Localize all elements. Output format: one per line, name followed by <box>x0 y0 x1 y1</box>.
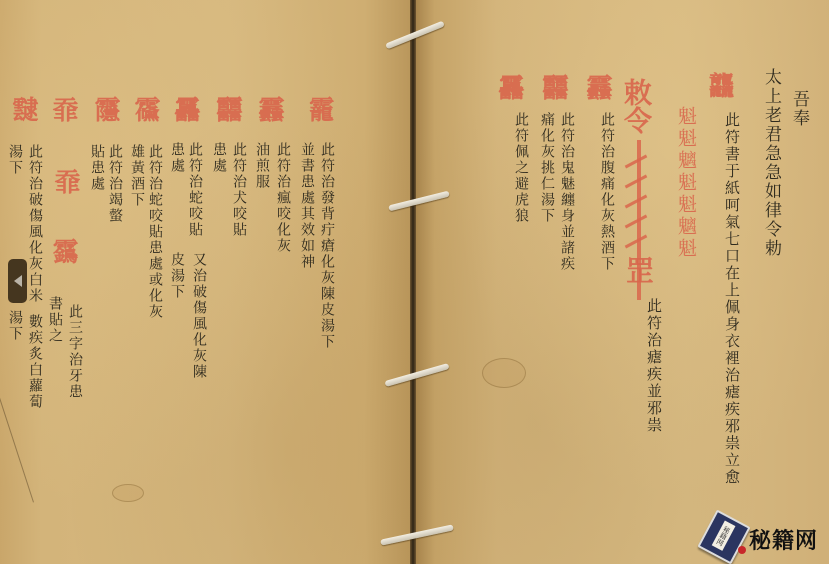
red-seal-icon <box>738 546 746 554</box>
manuscript-column: 此符治發背疔瘡化灰陳皮湯下 <box>320 142 334 350</box>
talisman-glyph: 罡 <box>624 256 652 284</box>
talisman-stroke <box>625 175 648 189</box>
manuscript-column: 患處 <box>212 142 226 174</box>
talisman-glyph: 靎 <box>50 238 76 264</box>
talisman-glyph: 䨿 <box>50 96 76 122</box>
book-spine <box>410 0 416 564</box>
talisman-stroke <box>625 215 648 229</box>
talisman-glyph: 靐 <box>496 74 522 100</box>
manuscript-column: 油煎服 <box>255 142 269 190</box>
site-watermark-logo: 秘籍网 秘籍网 <box>703 510 829 564</box>
talisman-glyph: 䨹 <box>132 96 158 122</box>
manuscript-column: 此符治瘋咬化灰 <box>276 142 290 254</box>
talisman-glyph: 䨻 <box>540 74 566 100</box>
manuscript-column: 此符治蛇咬貼患處或化灰 <box>148 144 162 320</box>
manuscript-column: 又治破傷風化灰陳 <box>192 252 206 380</box>
manuscript-column: 此符治破傷風化灰白米 <box>28 144 42 304</box>
talisman-glyph: 靆 <box>10 96 36 122</box>
manuscript-column: 數疾炙白蘿蔔 <box>28 314 42 410</box>
manuscript-column: 痛化灰挑仁湯下 <box>540 112 554 224</box>
manuscript-column: 此符書于紙呵氣七口在上佩身衣裡治瘧疾邪祟立愈 <box>724 112 739 486</box>
manuscript-column: 此符治竭螫 <box>108 144 122 224</box>
talisman-glyph: 䨻 <box>214 96 240 122</box>
manuscript-column: 太上老君急急如律令勅 <box>762 68 779 258</box>
talisman-glyph: 龘 <box>706 72 732 98</box>
book-label: 秘籍网 <box>712 520 736 550</box>
manuscript-right-page: 吾奉 太上老君急急如律令勅 龘 此符書于紙呵氣七口在上佩身衣裡治瘧疾邪祟立愈 魁… <box>414 0 829 564</box>
book-icon: 秘籍网 <box>697 510 750 564</box>
talisman-glyph: 敕令 <box>622 78 650 134</box>
manuscript-left-page: 靇 此符治發背疔瘡化灰陳皮湯下 並書患處其效如神 䨺 此符治瘋咬化灰 油煎服 䨻… <box>0 0 414 564</box>
manuscript-column: 此符佩之避虎狼 <box>514 112 528 224</box>
manuscript-column: 此符治鬼魅纏身並諸疾 <box>560 112 574 272</box>
manuscript-column: 此符治腹痛化灰熱酒下 <box>600 112 614 272</box>
manuscript-column: 並書患處其效如神 <box>300 142 314 270</box>
manuscript-column: 皮湯下 <box>170 252 184 300</box>
manuscript-column: 此符治瘧疾並邪祟 <box>646 298 661 434</box>
manuscript-column: 湯下 <box>8 310 22 342</box>
manuscript-column: 此符治犬咬貼 <box>232 142 246 238</box>
talisman-glyph: 䨸 <box>92 96 118 122</box>
talisman-glyph: 靇 <box>306 96 332 122</box>
paper-crease <box>0 398 34 503</box>
talisman-stroke <box>625 235 648 249</box>
talisman-glyph: 靐 <box>172 96 198 122</box>
manuscript-column: 雄黃酒下 <box>130 144 144 208</box>
watermark-text: 秘籍网 <box>749 524 818 555</box>
manuscript-column: 此三字治牙患 <box>68 304 82 400</box>
water-stain <box>482 358 526 388</box>
talisman-glyph: 䨿 <box>52 168 78 194</box>
manuscript-column: 書貼之 <box>48 296 62 344</box>
manuscript-column: 貼患處 <box>90 144 104 192</box>
ink-stain <box>112 484 144 502</box>
talisman-glyph: 䨺 <box>584 74 610 100</box>
header-text: 吾奉 <box>790 90 807 128</box>
manuscript-column: 此符治蛇咬貼 <box>188 142 202 238</box>
manuscript-column: 湯下 <box>8 144 22 176</box>
previous-page-button[interactable] <box>8 259 27 303</box>
talisman-stroke <box>625 195 648 209</box>
talisman-stroke <box>625 155 648 169</box>
talisman-glyph: 䨺 <box>256 96 282 122</box>
triangle-left-icon <box>14 275 22 287</box>
talisman-ghost-names: 魁魁魑魁魁魑魁 <box>676 106 695 260</box>
manuscript-column: 患處 <box>170 142 184 174</box>
